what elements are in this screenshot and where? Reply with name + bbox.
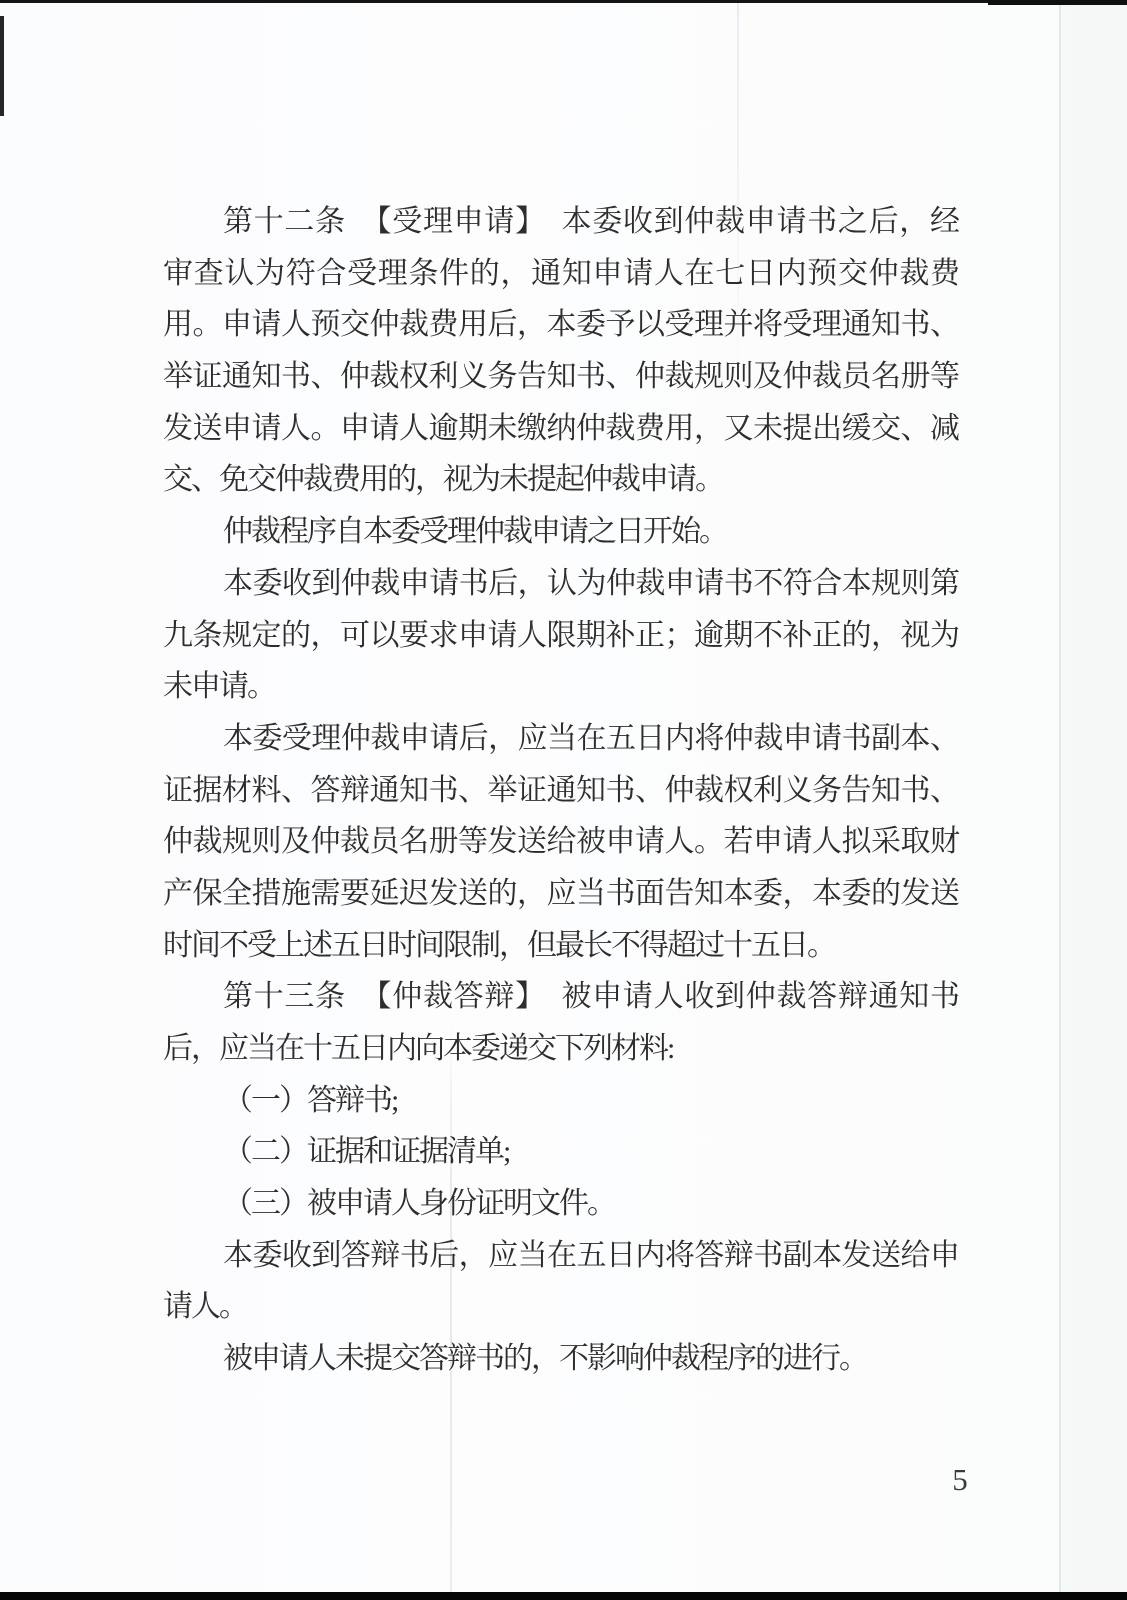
scan-edge-top-right bbox=[988, 0, 1127, 5]
text-line: 本委收到答辩书后，应当在五日内将答辩书副本发送给申 bbox=[163, 1230, 958, 1282]
text-line: 交、免交仲裁费用的，视为未提起仲裁申请。 bbox=[163, 454, 958, 506]
text-line: 未申请。 bbox=[163, 661, 958, 713]
scan-edge-top bbox=[0, 0, 1127, 3]
text-line: 后，应当在十五日内向本委递交下列材料: bbox=[163, 1023, 958, 1075]
text-line: 举证通知书、仲裁权利义务告知书、仲裁规则及仲裁员名册等 bbox=[163, 351, 958, 403]
text-line: 时间不受上述五日时间限制，但最长不得超过十五日。 bbox=[163, 920, 958, 972]
scan-edge-bottom bbox=[0, 1592, 1127, 1600]
text-line: 本委受理仲裁申请后，应当在五日内将仲裁申请书副本、 bbox=[163, 713, 958, 765]
text-line: 发送申请人。申请人逾期未缴纳仲裁费用，又未提出缓交、减 bbox=[163, 403, 958, 455]
text-line: 第十三条 【仲裁答辩】 被申请人收到仲裁答辩通知书 bbox=[163, 971, 958, 1023]
text-line: （一）答辩书; bbox=[163, 1075, 958, 1127]
scan-seam bbox=[1059, 3, 1061, 1595]
text-line: 本委收到仲裁申请书后，认为仲裁申请书不符合本规则第 bbox=[163, 558, 958, 610]
text-line: 被申请人未提交答辩书的，不影响仲裁程序的进行。 bbox=[163, 1333, 958, 1385]
text-line: 请人。 bbox=[163, 1281, 958, 1333]
text-line: 仲裁规则及仲裁员名册等发送给被申请人。若申请人拟采取财 bbox=[163, 816, 958, 868]
text-line: 用。申请人预交仲裁费用后，本委予以受理并将受理通知书、 bbox=[163, 299, 958, 351]
text-line: （三）被申请人身份证明文件。 bbox=[163, 1178, 958, 1230]
text-line: 仲裁程序自本委受理仲裁申请之日开始。 bbox=[163, 506, 958, 558]
document-body: 第十二条 【受理申请】 本委收到仲裁申请书之后，经审查认为符合受理条件的，通知申… bbox=[163, 196, 958, 1385]
text-line: 九条规定的，可以要求申请人限期补正；逾期不补正的，视为 bbox=[163, 610, 958, 662]
text-line: （二）证据和证据清单; bbox=[163, 1126, 958, 1178]
page-number: 5 bbox=[938, 1458, 982, 1502]
scan-page-edge-shade bbox=[1061, 3, 1127, 1592]
scan-edge-left bbox=[0, 16, 4, 116]
text-line: 产保全措施需要延迟发送的，应当书面告知本委，本委的发送 bbox=[163, 868, 958, 920]
scanned-document-page: 第十二条 【受理申请】 本委收到仲裁申请书之后，经审查认为符合受理条件的，通知申… bbox=[0, 0, 1127, 1600]
text-line: 审查认为符合受理条件的，通知申请人在七日内预交仲裁费 bbox=[163, 248, 958, 300]
text-line: 第十二条 【受理申请】 本委收到仲裁申请书之后，经 bbox=[163, 196, 958, 248]
text-line: 证据材料、答辩通知书、举证通知书、仲裁权利义务告知书、 bbox=[163, 765, 958, 817]
